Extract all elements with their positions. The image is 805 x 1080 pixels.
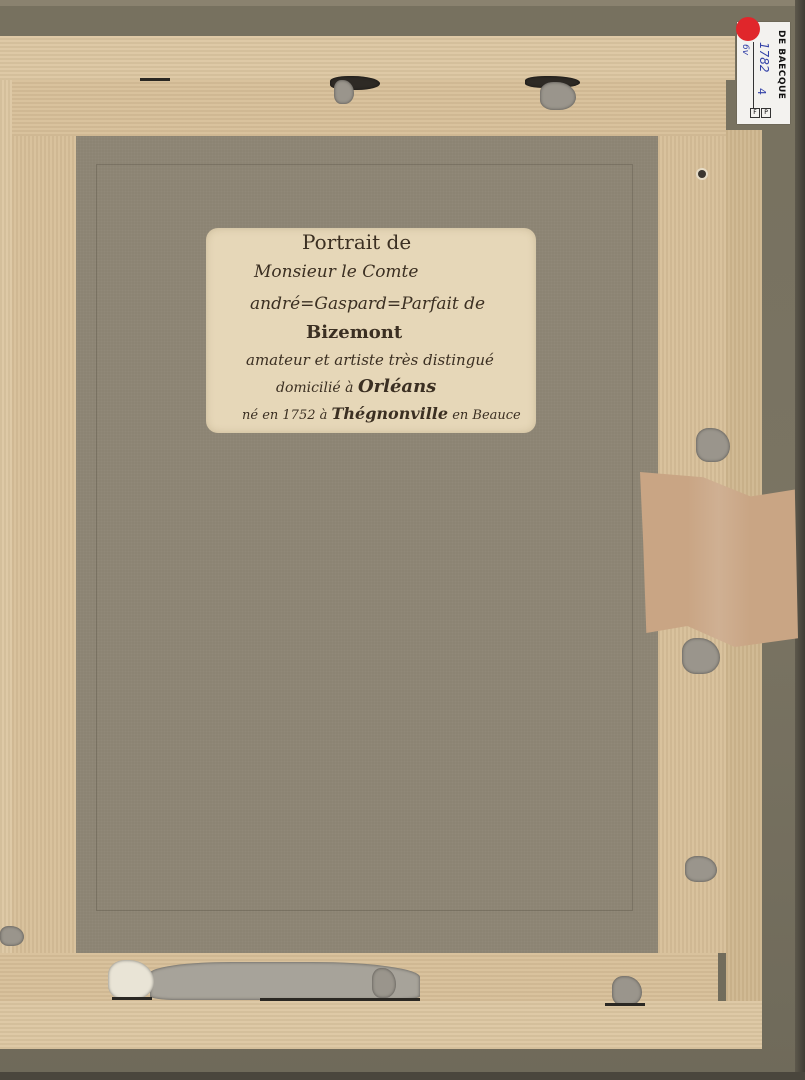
sticker-subcode: 6v	[740, 44, 750, 55]
label-given-names: andré=Gaspard=Parfait de	[250, 294, 485, 314]
label-title: Portrait de	[302, 230, 411, 254]
frame-edge-right	[795, 0, 805, 1080]
tear-right-1	[696, 428, 730, 462]
tear-right-2	[682, 638, 720, 674]
tape-gap-bottom-1	[112, 997, 152, 1000]
tape-gap-bottom-3	[605, 1003, 645, 1006]
tear-bottom-1	[108, 960, 154, 1000]
tear-top-left-flap	[334, 80, 354, 104]
sticker-lot: 4	[755, 88, 768, 95]
frame-edge-top	[0, 0, 805, 6]
sticker-box-p: P	[761, 108, 771, 118]
label-residence-city: Orléans	[358, 376, 436, 397]
tear-bottom-3	[612, 976, 642, 1006]
sticker-divider	[753, 42, 754, 108]
tear-left-1	[0, 926, 24, 946]
label-birth-prefix: né en 1752 à	[242, 408, 332, 423]
tape-left-inner	[12, 136, 76, 953]
handwritten-label: Portrait de Monsieur le Comte andré=Gasp…	[206, 228, 536, 433]
label-surname: Bizemont	[306, 322, 402, 343]
sticker-auction-house: DE BAECQUE	[776, 30, 786, 99]
tape-top-outer	[0, 36, 735, 80]
tape-left-outer	[0, 80, 12, 995]
label-birth: né en 1752 à Thégnonville en Beauce	[242, 404, 521, 423]
label-description: amateur et artiste très distingué	[246, 351, 494, 369]
tear-bottom-2	[372, 968, 396, 998]
label-residence-prefix: domicilié à	[276, 380, 358, 396]
tape-gap-top	[140, 78, 170, 81]
label-birth-place: Thégnonville	[332, 404, 449, 423]
tape-bottom-outer	[0, 1001, 762, 1049]
nail-hole	[698, 170, 706, 178]
tear-top-right-flap	[540, 82, 576, 110]
tape-gap-bottom-2	[260, 998, 420, 1001]
red-dot-marker	[736, 17, 760, 41]
label-birth-region: en Beauce	[448, 408, 521, 423]
brown-patch-tape	[640, 472, 798, 647]
sticker-number: 1782	[757, 42, 771, 73]
label-residence: domicilié à Orléans	[276, 376, 436, 397]
sticker-box-f: F	[750, 108, 760, 118]
frame-edge-bottom	[0, 1072, 805, 1080]
label-honorific: Monsieur le Comte	[254, 262, 418, 282]
tear-right-3	[685, 856, 717, 882]
